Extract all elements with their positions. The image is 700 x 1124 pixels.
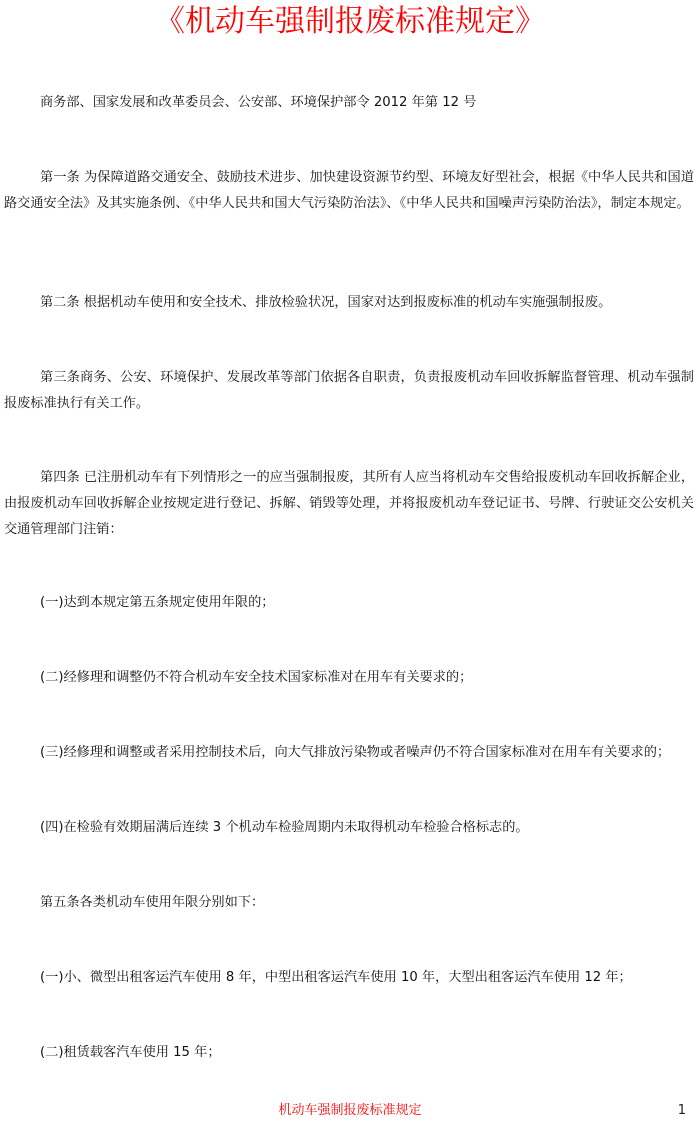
article-3: 第三条商务、公安、环境保护、发展改革等部门依据各自职责，负责报废机动车回收拆解监… [4,365,694,417]
order-line: 商务部、国家发展和改革委员会、公安部、环境保护部令 2012 年第 12 号 [4,90,694,116]
article-5-item-2: (二)租赁载客汽车使用 15 年； [4,1040,694,1066]
footer-title: 机动车强制报废标准规定 [0,1101,700,1121]
article-4-item-2: (二)经修理和调整仍不符合机动车安全技术国家标准对在用车有关要求的； [4,665,694,691]
article-4-item-1: (一)达到本规定第五条规定使用年限的； [4,590,694,616]
article-5: 第五条各类机动车使用年限分别如下： [4,890,694,916]
article-2: 第二条 根据机动车使用和安全技术、排放检验状况，国家对达到报废标准的机动车实施强… [4,290,694,316]
article-5-item-1: (一)小、微型出租客运汽车使用 8 年，中型出租客运汽车使用 10 年，大型出租… [4,965,694,991]
article-4-item-4: (四)在检验有效期届满后连续 3 个机动车检验周期内未取得机动车检验合格标志的。 [4,815,694,841]
document-title: 《机动车强制报废标准规定》 [0,2,700,42]
article-1: 第一条 为保障道路交通安全、鼓励技术进步、加快建设资源节约型、环境友好型社会，根… [4,165,694,217]
page-number: 1 [678,1101,686,1121]
article-4-item-3: (三)经修理和调整或者采用控制技术后，向大气排放污染物或者噪声仍不符合国家标准对… [4,740,694,766]
article-4: 第四条 已注册机动车有下列情形之一的应当强制报废，其所有人应当将机动车交售给报废… [4,465,694,543]
